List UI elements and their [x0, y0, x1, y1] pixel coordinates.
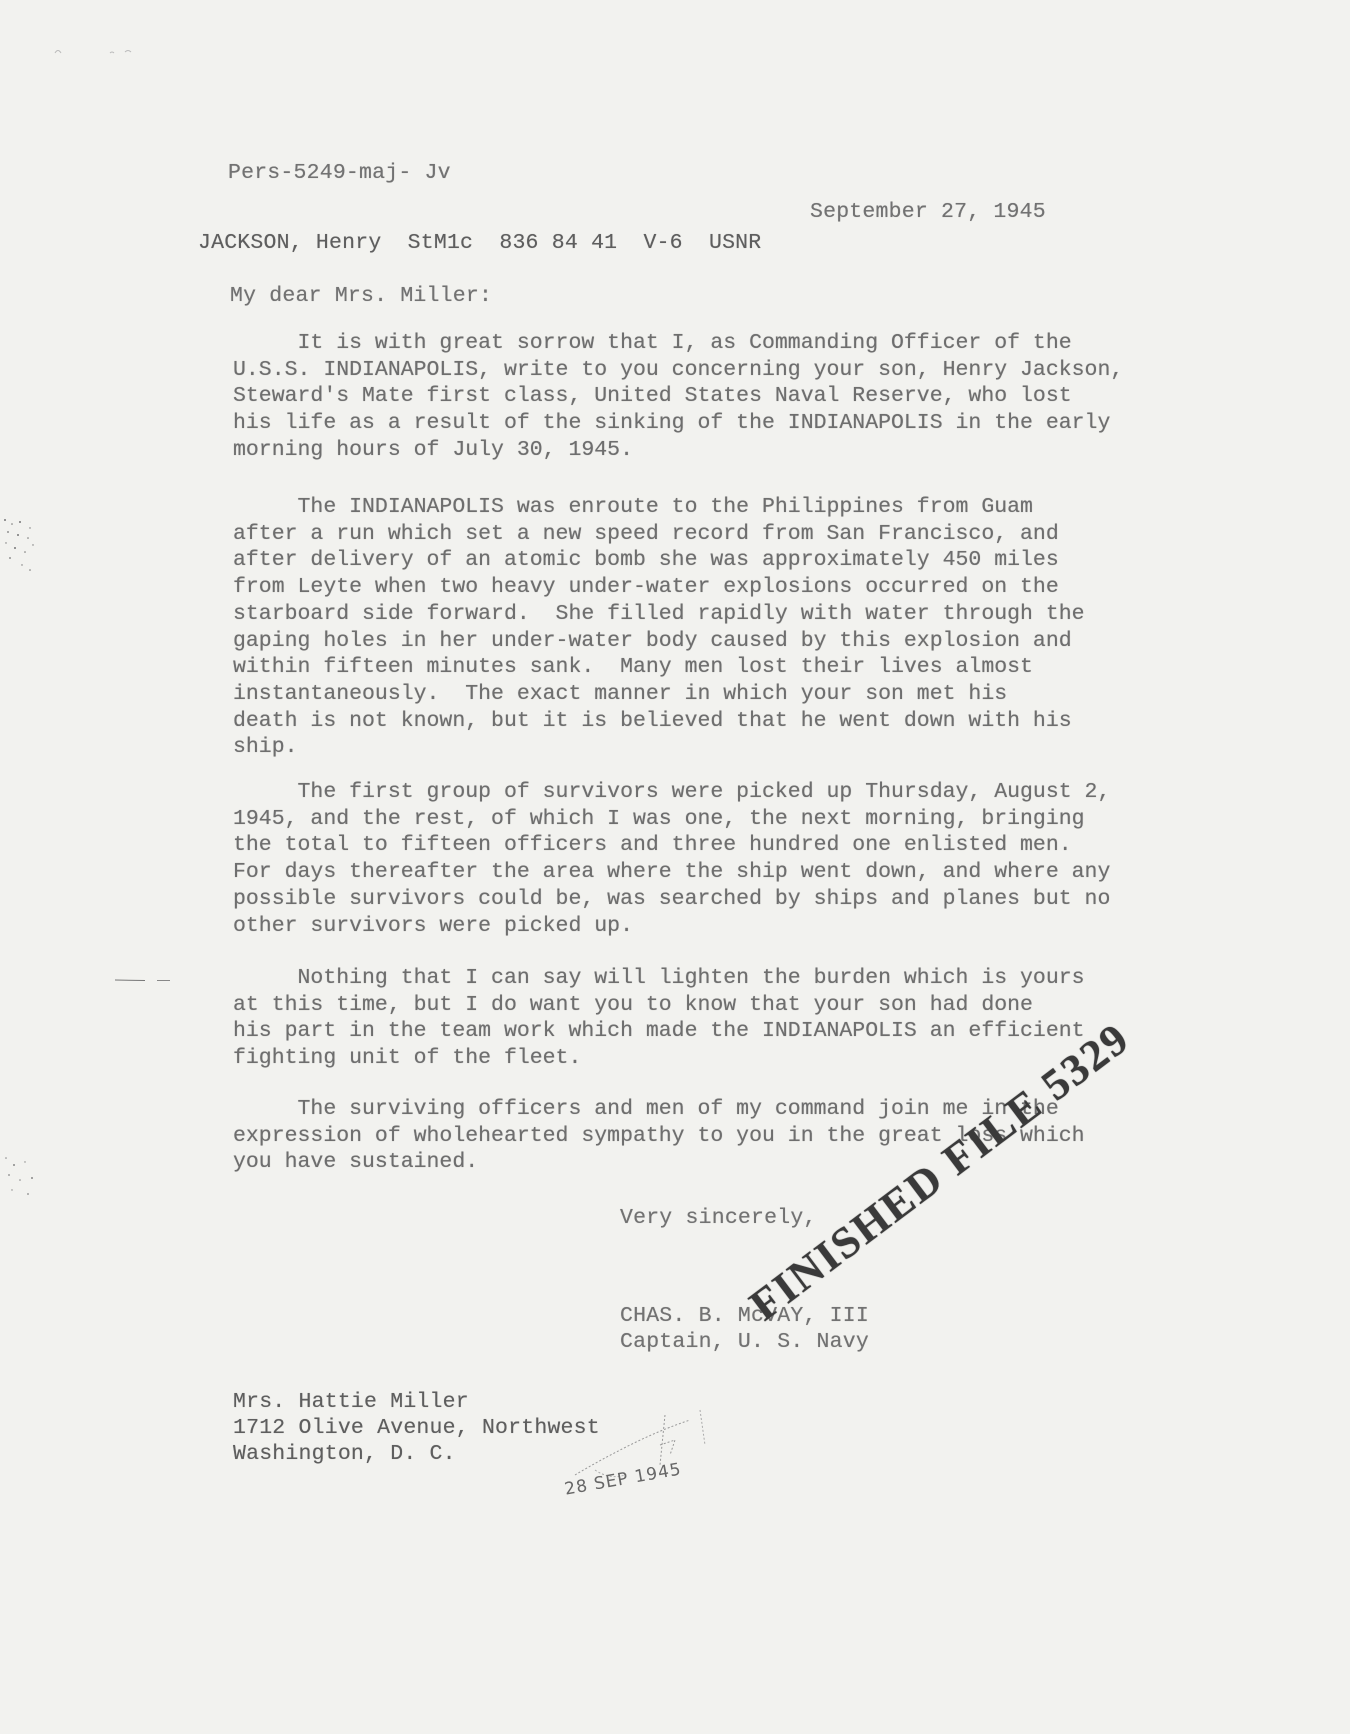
paragraph-line: 1945, and the rest, of which I was one, …	[233, 806, 1110, 833]
paragraph-line: gaping holes in her under-water body cau…	[233, 628, 1085, 655]
paragraph-line: ship.	[233, 734, 1085, 761]
paragraph-line: death is not known, but it is believed t…	[233, 708, 1085, 735]
recipient-street: 1712 Olive Avenue, Northwest	[233, 1415, 600, 1442]
paragraph-line: fighting unit of the fleet.	[233, 1045, 1085, 1072]
paragraph-line: The INDIANAPOLIS was enroute to the Phil…	[233, 494, 1085, 521]
paragraph-line: morning hours of July 30, 1945.	[233, 437, 1123, 464]
paragraph-line: at this time, but I do want you to know …	[233, 992, 1085, 1019]
reference-code: Pers-5249-maj- Jv	[228, 160, 451, 187]
paragraph-line: starboard side forward. She filled rapid…	[233, 601, 1085, 628]
scan-mark	[115, 979, 175, 981]
recipient-name: Mrs. Hattie Miller	[233, 1389, 469, 1416]
scan-speckle	[50, 45, 140, 60]
paragraph-line: his life as a result of the sinking of t…	[233, 410, 1123, 437]
letter-date: September 27, 1945	[810, 199, 1046, 226]
paragraph-line: U.S.S. INDIANAPOLIS, write to you concer…	[233, 357, 1123, 384]
paragraph-line: It is with great sorrow that I, as Comma…	[233, 330, 1123, 357]
salutation: My dear Mrs. Miller:	[230, 283, 492, 310]
paragraph-line: other survivors were picked up.	[233, 913, 1110, 940]
paragraph-line: from Leyte when two heavy under-water ex…	[233, 574, 1085, 601]
paragraph-line: For days thereafter the area where the s…	[233, 859, 1110, 886]
paragraph-4: Nothing that I can say will lighten the …	[233, 965, 1085, 1072]
paragraph-line: The first group of survivors were picked…	[233, 779, 1110, 806]
scan-speckle	[0, 1150, 40, 1200]
paragraph-1: It is with great sorrow that I, as Comma…	[233, 330, 1123, 464]
scan-speckle	[0, 510, 40, 580]
letter-page: Pers-5249-maj- Jv September 27, 1945 JAC…	[0, 0, 1350, 1734]
paragraph-line: instantaneously. The exact manner in whi…	[233, 681, 1085, 708]
subject-line: JACKSON, Henry StM1c 836 84 41 V-6 USNR	[198, 230, 761, 257]
paragraph-line: Steward's Mate first class, United State…	[233, 383, 1123, 410]
paragraph-line: after delivery of an atomic bomb she was…	[233, 547, 1085, 574]
paragraph-line: Nothing that I can say will lighten the …	[233, 965, 1085, 992]
closing: Very sincerely,	[620, 1205, 817, 1232]
paragraph-line: The surviving officers and men of my com…	[233, 1096, 1085, 1123]
signature-name: CHAS. B. McVAY, III	[620, 1303, 869, 1330]
recipient-city: Washington, D. C.	[233, 1441, 456, 1468]
paragraph-line: possible survivors could be, was searche…	[233, 886, 1110, 913]
paragraph-line: his part in the team work which made the…	[233, 1018, 1085, 1045]
paragraph-line: within fifteen minutes sank. Many men lo…	[233, 654, 1085, 681]
paragraph-line: after a run which set a new speed record…	[233, 521, 1085, 548]
signature-title: Captain, U. S. Navy	[620, 1329, 869, 1356]
paragraph-line: the total to fifteen officers and three …	[233, 832, 1110, 859]
paragraph-2: The INDIANAPOLIS was enroute to the Phil…	[233, 494, 1085, 761]
paragraph-3: The first group of survivors were picked…	[233, 779, 1110, 939]
